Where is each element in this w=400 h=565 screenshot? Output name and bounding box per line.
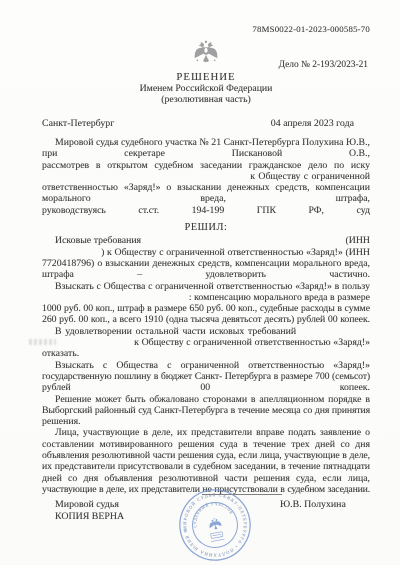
document-subtitle: Именем Российской Федерации (42, 83, 370, 94)
coat-of-arms-icon (191, 38, 221, 70)
paragraph-denial: В удовлетворении остальной части исковых… (42, 326, 370, 360)
court-seal-stamp: МИРОВОЙ СУДЬЯ САНКТ-ПЕТЕРБУРГА • ПОЛУХИН… (176, 486, 254, 564)
redaction-smudge (29, 339, 56, 345)
document-body: Мировой судья судебного участка № 21 Сан… (42, 137, 370, 495)
date-label: 04 апреля 2023 года (271, 118, 370, 129)
resolution-heading: РЕШИЛ: (42, 222, 370, 233)
judge-name: Ю.В. Полухина (280, 499, 346, 510)
paragraph-award: Взыскать с Общества с ограниченной ответ… (42, 281, 370, 326)
registry-number: 78MS0022-01-2023-000585-70 (42, 0, 370, 34)
paragraph-intro: Мировой судья судебного участка № 21 Сан… (42, 137, 370, 216)
document-subtitle-part: (резолютивная часть) (42, 94, 370, 105)
case-number: Дело № 2-193/2023-21 (279, 60, 368, 70)
place-date-row: Санкт-Петербург 04 апреля 2023 года (42, 118, 370, 129)
court-decision-document: 78MS0022-01-2023-000585-70 (0, 0, 400, 565)
paragraph-claims: Исковые требования (ИНН ) к Обществу с о… (42, 235, 370, 280)
city-label: Санкт-Петербург (42, 118, 114, 129)
stamp-eagle-icon (208, 517, 222, 530)
paragraph-appeal: Решение может быть обжаловано сторонами … (42, 394, 370, 428)
paragraph-state-duty: Взыскать с Общества с ограниченной ответ… (42, 360, 370, 394)
document-title: РЕШЕНИЕ (42, 71, 370, 83)
